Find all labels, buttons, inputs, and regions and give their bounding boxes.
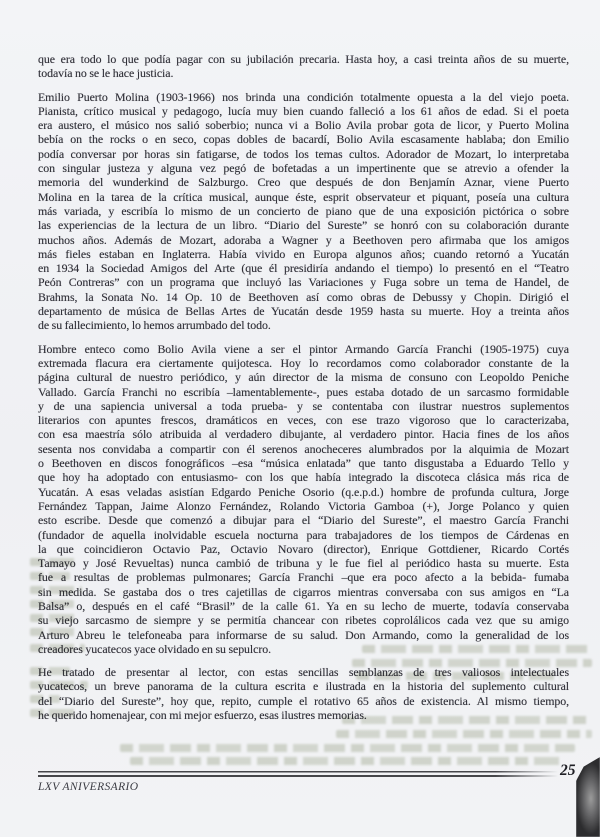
footer-journal-title: LXV ANIVERSARIO [38, 781, 138, 793]
text-line: Vallado. García Franchi no escribía –lam… [38, 385, 569, 399]
text-line: en 1934 la Sociedad Amigos del Arte (que… [38, 261, 569, 275]
text-line: muchos años. Además de Mozart, adoraba a… [38, 233, 569, 247]
text-line: bebía on the rocks o en seco, copas dobl… [38, 132, 569, 146]
footer-rule [38, 771, 558, 777]
text-line: que era todo lo que podía pagar con su j… [38, 52, 569, 66]
text-line: He tratado de presentar al lector, con e… [38, 665, 569, 679]
text-line: las experiencias de la lectura de un lib… [38, 218, 569, 232]
text-line: que hoy ha adoptado con entusiasmo- con … [38, 470, 569, 484]
text-line: página cultural de nuestro periódico, y … [38, 370, 569, 384]
text-line: podía conversar por horas sin fatigarse,… [38, 147, 569, 161]
paragraph: Hombre enteco como Bolio Avila viene a s… [38, 342, 569, 657]
text-line: más fieles estaban en Inglaterra. Había … [38, 247, 569, 261]
bleed-through-text-artifact [120, 744, 575, 752]
text-line: del “Diario del Sureste”, hoy que, repit… [38, 694, 569, 708]
text-line: de su fallecimiento, lo hemos arrumbado … [38, 318, 569, 332]
text-line: su viejo sarcasmo de siempre y se permit… [38, 613, 569, 627]
text-line: Tamayo y José Revueltas) nunca cambió de… [38, 556, 569, 570]
text-line: sin medida. Se gastaba dos o tres cajeti… [38, 585, 569, 599]
text-line: más variada, y escribía lo mismo de un c… [38, 204, 569, 218]
text-line: Peón Contreras” con un programa que incl… [38, 275, 569, 289]
text-line: Yucatán. A esas veladas asistían Edgardo… [38, 485, 569, 499]
paragraph: He tratado de presentar al lector, con e… [38, 665, 569, 722]
text-line: Brahms, la Sonata No. 14 Op. 10 de Beeth… [38, 290, 569, 304]
bleed-through-text-artifact [130, 757, 565, 765]
paragraph: que era todo lo que podía pagar con su j… [38, 52, 569, 81]
text-line: esto escribe. Desde que comenzó a dibuja… [38, 513, 569, 527]
text-line: sesenta nos convidaba a compartir con él… [38, 442, 569, 456]
text-line: Fernández Tappan, Jaime Alonzo Fernández… [38, 499, 569, 513]
scan-edge-shadow [576, 757, 600, 837]
text-line: extremada flacura era ciertamente quijot… [38, 356, 569, 370]
text-line: Pianista, crítico musical y pedagogo, lu… [38, 104, 569, 118]
text-line: (fundador de aquella inolvidable escuela… [38, 528, 569, 542]
text-line: literarios con apuntes frescos, dramátic… [38, 413, 569, 427]
text-line: fue a resultas de problemas pulmonares; … [38, 570, 569, 584]
text-line: Molina en la tarea de la crítica musical… [38, 190, 569, 204]
paragraph: Emilio Puerto Molina (1903-1966) nos bri… [38, 90, 569, 333]
text-line: Balsa” o, después en el café “Brasil” de… [38, 599, 569, 613]
text-line: y de una sapiencia universal a toda prue… [38, 399, 569, 413]
text-line: con singular justeza y alguna vez pegó d… [38, 161, 569, 175]
scanned-page: que era todo lo que podía pagar con su j… [0, 0, 600, 837]
text-line: yucatecos, un breve panorama de la cultu… [38, 679, 569, 693]
text-line: la que coincidieron Octavio Paz, Octavio… [38, 542, 569, 556]
text-line: he querido homenajear, con mi mejor esfu… [38, 708, 569, 722]
text-line: Hombre enteco como Bolio Avila viene a s… [38, 342, 569, 356]
text-line: departamento de música de Bellas Artes d… [38, 304, 569, 318]
text-line: o Beethoven en discos fonográficos –esa … [38, 456, 569, 470]
text-line: era austero, el músico nos salió soberbi… [38, 118, 569, 132]
page-number: 25 [560, 762, 576, 780]
article-body: que era todo lo que podía pagar con su j… [38, 52, 569, 731]
text-line: con esa maestría sólo atribuida al verda… [38, 427, 569, 441]
text-line: creadores yucatecos yace olvidado en su … [38, 642, 569, 656]
text-line: Arturo Abreu le telefoneaba para informa… [38, 628, 569, 642]
text-line: memoria del wunderkind de Salzburgo. Cre… [38, 175, 569, 189]
text-line: todavía no se le hace justicia. [38, 66, 569, 80]
text-line: Emilio Puerto Molina (1903-1966) nos bri… [38, 90, 569, 104]
